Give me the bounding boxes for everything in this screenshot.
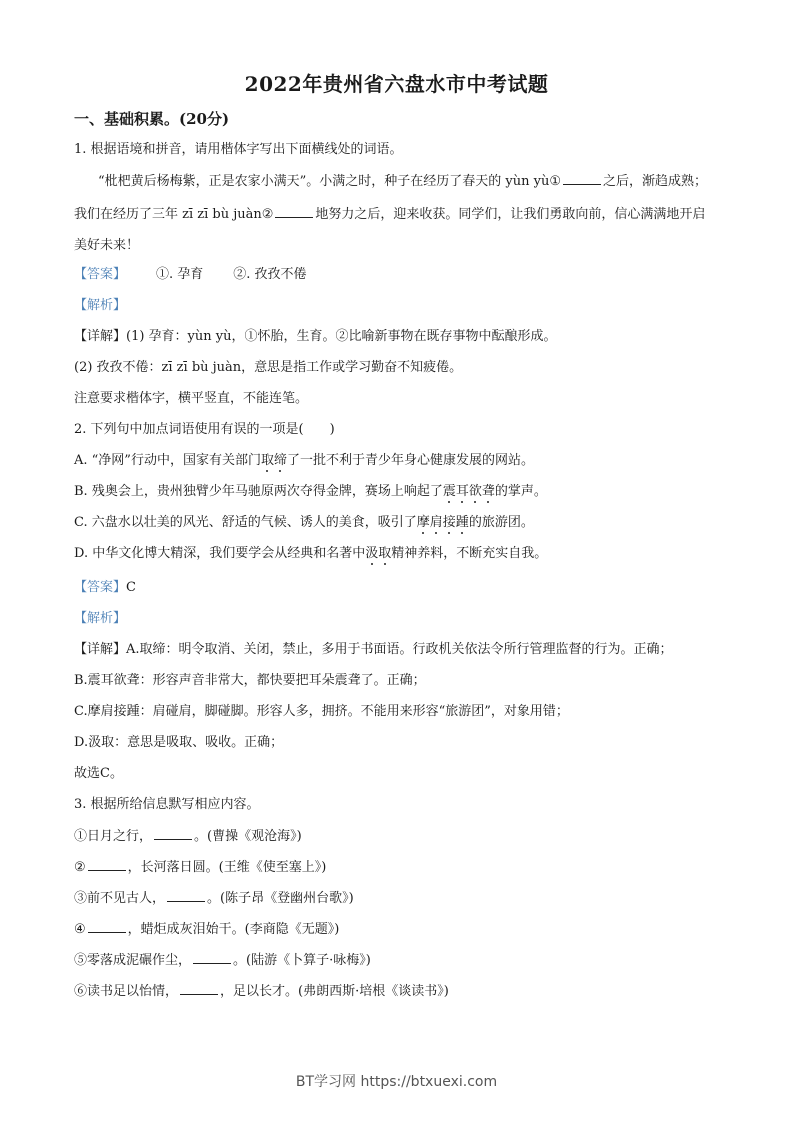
question-2-prompt: 2. 下列句中加点词语使用有误的一项是( ) <box>74 421 335 439</box>
analysis-tag: 【解析】 <box>74 297 126 315</box>
question-1-passage-line: 我们在经历了三年 zī zī bù juàn②地努力之后，迎来收获。同学们，让我… <box>74 205 705 224</box>
dotted-word: 汲取 <box>365 546 391 561</box>
option-text: 的旅游团。 <box>469 515 534 530</box>
passage-text: “枇杷黄后杨梅紫，正是农家小满天”。小满之时，种子在经历了春天的 yùn yù① <box>98 174 561 189</box>
recitation-item: ③前不见古人，。(陈子昂《登幽州台歌》) <box>74 889 354 908</box>
item-text: ③前不见古人， <box>74 891 165 906</box>
detail-line: 【详解】(1) 孕育：yùn yù，①怀胎，生育。②比喻新事物在既存事物中酝酿形… <box>74 328 557 346</box>
emphasis-char: 取 <box>261 453 274 468</box>
option-text: C. 六盘水以壮美的风光、舒适的气候、诱人的美食，吸引了 <box>74 515 417 530</box>
detail-line: 注意要求楷体字，横平竖直，不能连笔。 <box>74 390 308 408</box>
item-text: ② <box>74 860 86 875</box>
answer-blank <box>180 982 218 995</box>
emphasis-char: 接 <box>443 515 456 530</box>
option-c: C. 六盘水以壮美的风光、舒适的气候、诱人的美食，吸引了摩肩接踵的旅游团。 <box>74 514 534 532</box>
option-text: 了一批不利于青少年身心健康发展的网站。 <box>287 453 534 468</box>
emphasis-char: 缔 <box>274 453 287 468</box>
answer-row: 【答案】①. 孕育②. 孜孜不倦 <box>74 266 307 284</box>
detail-line: (2) 孜孜不倦：zī zī bù juàn，意思是指工作或学习勤奋不知疲倦。 <box>74 359 462 377</box>
option-text: D. 中华文化博大精深，我们要学会从经典和名著中 <box>74 546 365 561</box>
emphasis-char: 取 <box>378 546 391 561</box>
footer-watermark: BT学习网 https://btxuexi.com <box>0 1071 793 1091</box>
question-1-passage-line: 美好未来！ <box>74 237 139 255</box>
item-text: ⑤零落成泥碾作尘， <box>74 953 191 968</box>
recitation-item: ⑤零落成泥碾作尘，。(陆游《卜算子·咏梅》) <box>74 951 371 970</box>
emphasis-char: 汲 <box>365 546 378 561</box>
option-text: A. “净网”行动中，国家有关部门 <box>74 453 261 468</box>
answer-blank <box>193 951 231 964</box>
recitation-item: ⑥读书足以怡情，，足以长才。(弗朗西斯·培根《谈读书》) <box>74 982 449 1001</box>
detail-line: 故选C。 <box>74 765 123 783</box>
detail-line: C.摩肩接踵：肩碰肩，脚碰脚。形容人多，拥挤。不能用来形容“旅游团”，对象用错； <box>74 703 569 721</box>
passage-text: 地努力之后，迎来收获。同学们，让我们勇敢向前，信心满满地开启 <box>315 207 705 222</box>
option-a: A. “净网”行动中，国家有关部门取缔了一批不利于青少年身心健康发展的网站。 <box>74 452 534 470</box>
item-text: ⑥读书足以怡情， <box>74 984 178 999</box>
detail-line: B.震耳欲聋：形容声音非常大，都快要把耳朵震聋了。正确； <box>74 672 426 690</box>
answer-row: 【答案】C <box>74 579 136 597</box>
answer-value: ②. 孜孜不倦 <box>233 267 306 282</box>
dotted-word: 取缔 <box>261 453 287 468</box>
option-text: 精神养料，不断充实自我。 <box>391 546 547 561</box>
question-3-prompt: 3. 根据所给信息默写相应内容。 <box>74 796 260 814</box>
item-text: ④ <box>74 922 86 937</box>
analysis-tag: 【解析】 <box>74 610 126 628</box>
item-text: 。(曹操《观沧海》) <box>194 829 302 844</box>
option-b: B. 残奥会上，贵州独臂少年马驰原两次夺得金牌，赛场上响起了震耳欲聋的掌声。 <box>74 483 547 501</box>
passage-text: 我们在经历了三年 zī zī bù juàn② <box>74 207 273 222</box>
answer-blank <box>88 858 126 871</box>
answer-tag: 【答案】 <box>74 267 126 282</box>
answer-blank <box>154 827 192 840</box>
section-heading: 一、基础积累。(20分) <box>74 110 229 128</box>
item-text: ，长河落日圆。(王维《使至塞上》) <box>128 860 327 875</box>
question-1-passage-line: “枇杷黄后杨梅紫，正是农家小满天”。小满之时，种子在经历了春天的 yùn yù①… <box>98 172 707 191</box>
option-text: B. 残奥会上，贵州独臂少年马驰原两次夺得金牌，赛场上响起了 <box>74 484 443 499</box>
item-text: 。(陈子昂《登幽州台歌》) <box>207 891 354 906</box>
recitation-item: ②，长河落日圆。(王维《使至塞上》) <box>74 858 326 877</box>
answer-value: C <box>126 580 136 595</box>
emphasis-char: 肩 <box>430 515 443 530</box>
item-text: ①日月之行， <box>74 829 152 844</box>
dotted-word: 震耳欲聋 <box>443 484 495 499</box>
passage-text: 之后，渐趋成熟； <box>603 174 707 189</box>
emphasis-char: 摩 <box>417 515 430 530</box>
emphasis-char: 震 <box>443 484 456 499</box>
item-text: ，蜡炬成灰泪始干。(李商隐《无题》) <box>128 922 340 937</box>
detail-line: D.汲取：意思是吸取、吸收。正确； <box>74 734 283 752</box>
answer-blank <box>167 889 205 902</box>
item-text: 。(陆游《卜算子·咏梅》) <box>233 953 371 968</box>
recitation-item: ④，蜡炬成灰泪始干。(李商隐《无题》) <box>74 920 339 939</box>
answer-blank <box>275 205 313 218</box>
recitation-item: ①日月之行，。(曹操《观沧海》) <box>74 827 302 846</box>
emphasis-char: 聋 <box>482 484 495 499</box>
emphasis-char: 欲 <box>469 484 482 499</box>
answer-blank <box>88 920 126 933</box>
dotted-word: 摩肩接踵 <box>417 515 469 530</box>
emphasis-char: 耳 <box>456 484 469 499</box>
detail-line: 【详解】A.取缔：明令取消、关闭，禁止，多用于书面语。行政机关依法令所行管理监督… <box>74 641 673 659</box>
option-d: D. 中华文化博大精深，我们要学会从经典和名著中汲取精神养料，不断充实自我。 <box>74 545 547 563</box>
page-title: 2022年贵州省六盘水市中考试题 <box>0 68 793 97</box>
item-text: ，足以长才。(弗朗西斯·培根《谈读书》) <box>220 984 449 999</box>
emphasis-char: 踵 <box>456 515 469 530</box>
question-1-prompt: 1. 根据语境和拼音，请用楷体字写出下面横线处的词语。 <box>74 141 403 159</box>
answer-tag: 【答案】 <box>74 580 126 595</box>
answer-blank <box>563 172 601 185</box>
option-text: 的掌声。 <box>495 484 547 499</box>
document-page: 2022年贵州省六盘水市中考试题 一、基础积累。(20分) 1. 根据语境和拼音… <box>0 0 793 1122</box>
answer-value: ①. 孕育 <box>156 267 203 282</box>
